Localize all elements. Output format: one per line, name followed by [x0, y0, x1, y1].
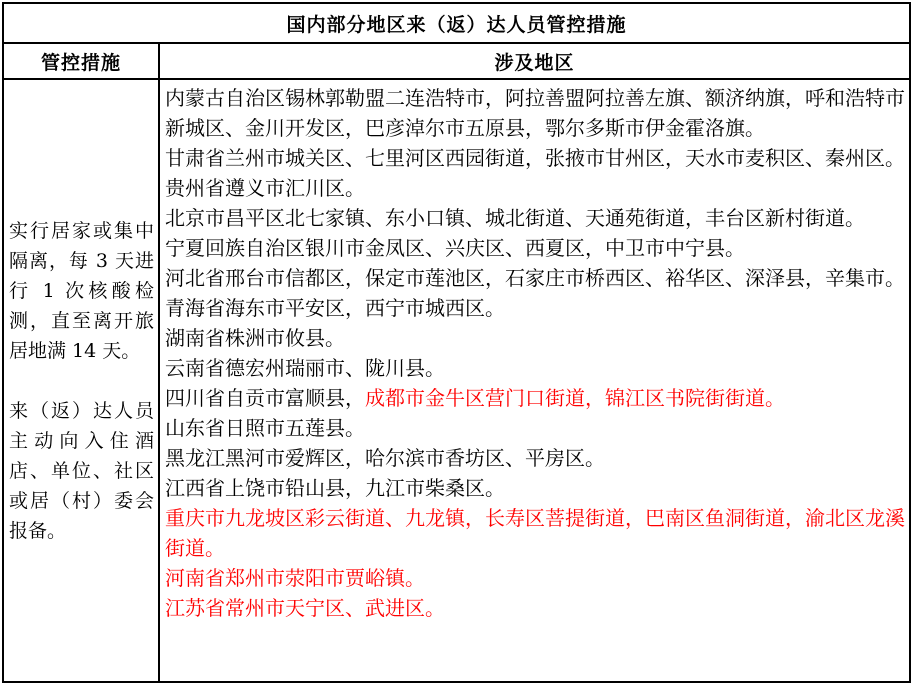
- highlighted-region-text: 江苏省常州市天宁区、武进区。: [165, 596, 445, 620]
- region-entry: 宁夏回族自治区银川市金凤区、兴庆区、西夏区，中卫市中宁县。: [165, 233, 905, 263]
- header-measure: 管控措施: [4, 44, 160, 78]
- region-entry: 湖南省株洲市攸县。: [165, 323, 905, 353]
- region-entry: 云南省德宏州瑞丽市、陇川县。: [165, 353, 905, 383]
- region-text: 山东省日照市五莲县。: [165, 416, 365, 440]
- highlighted-region-text: 重庆市九龙坡区彩云街道、九龙镇，长寿区菩提街道，巴南区鱼洞街道，渝北区龙溪街道。: [165, 506, 905, 560]
- measure-paragraph: 来（返）达人员主动向入住酒店、单位、社区或居（村）委会报备。: [9, 396, 154, 546]
- region-text: 贵州省遵义市汇川区。: [165, 176, 365, 200]
- region-entry: 河南省郑州市荥阳市贾峪镇。: [165, 563, 905, 593]
- measure-cell: 实行居家或集中隔离，每 3 天进行 1 次核酸检测，直至离开旅居地满 14 天。…: [4, 80, 160, 681]
- region-entry: 内蒙古自治区锡林郭勒盟二连浩特市，阿拉善盟阿拉善左旗、额济纳旗，呼和浩特市新城区…: [165, 83, 905, 143]
- region-text: 湖南省株洲市攸县。: [165, 326, 345, 350]
- region-text: 江西省上饶市铅山县，九江市柴桑区。: [165, 476, 505, 500]
- region-text: 宁夏回族自治区银川市金凤区、兴庆区、西夏区，中卫市中宁县。: [165, 236, 745, 260]
- control-measures-table: 国内部分地区来（返）达人员管控措施 管控措施 涉及地区 实行居家或集中隔离，每 …: [2, 2, 911, 683]
- region-entry: 甘肃省兰州市城关区、七里河区西园街道，张掖市甘州区，天水市麦积区、秦州区。: [165, 143, 905, 173]
- region-text: 黑龙江黑河市爱辉区，哈尔滨市香坊区、平房区。: [165, 446, 605, 470]
- measure-paragraph: 实行居家或集中隔离，每 3 天进行 1 次核酸检测，直至离开旅居地满 14 天。: [9, 216, 154, 366]
- region-entry: 北京市昌平区北七家镇、东小口镇、城北街道、天通苑街道，丰台区新村街道。: [165, 203, 905, 233]
- highlighted-region-text: 成都市金牛区营门口街道，锦江区书院街街道。: [365, 386, 785, 410]
- region-entry: 黑龙江黑河市爱辉区，哈尔滨市香坊区、平房区。: [165, 443, 905, 473]
- region-entry: 江西省上饶市铅山县，九江市柴桑区。: [165, 473, 905, 503]
- region-entry: 青海省海东市平安区，西宁市城西区。: [165, 293, 905, 323]
- highlighted-region-text: 河南省郑州市荥阳市贾峪镇。: [165, 566, 425, 590]
- region-entry: 重庆市九龙坡区彩云街道、九龙镇，长寿区菩提街道，巴南区鱼洞街道，渝北区龙溪街道。: [165, 503, 905, 563]
- region-entry: 江苏省常州市天宁区、武进区。: [165, 593, 905, 623]
- regions-list: 内蒙古自治区锡林郭勒盟二连浩特市，阿拉善盟阿拉善左旗、额济纳旗，呼和浩特市新城区…: [160, 80, 909, 681]
- region-text: 青海省海东市平安区，西宁市城西区。: [165, 296, 505, 320]
- region-entry: 贵州省遵义市汇川区。: [165, 173, 905, 203]
- region-text: 内蒙古自治区锡林郭勒盟二连浩特市，阿拉善盟阿拉善左旗、额济纳旗，呼和浩特市新城区…: [165, 86, 905, 140]
- table-title: 国内部分地区来（返）达人员管控措施: [4, 4, 909, 44]
- region-text: 云南省德宏州瑞丽市、陇川县。: [165, 356, 445, 380]
- region-entry: 河北省邢台市信都区，保定市莲池区，石家庄市桥西区、裕华区、深泽县，辛集市。: [165, 263, 905, 293]
- region-text: 甘肃省兰州市城关区、七里河区西园街道，张掖市甘州区，天水市麦积区、秦州区。: [165, 146, 905, 170]
- header-regions: 涉及地区: [160, 44, 909, 78]
- region-text: 四川省自贡市富顺县，: [165, 386, 365, 410]
- region-text: 北京市昌平区北七家镇、东小口镇、城北街道、天通苑街道，丰台区新村街道。: [165, 206, 865, 230]
- table-header-row: 管控措施 涉及地区: [4, 44, 909, 80]
- table-body-row: 实行居家或集中隔离，每 3 天进行 1 次核酸检测，直至离开旅居地满 14 天。…: [4, 80, 909, 681]
- region-entry: 山东省日照市五莲县。: [165, 413, 905, 443]
- region-text: 河北省邢台市信都区，保定市莲池区，石家庄市桥西区、裕华区、深泽县，辛集市。: [165, 266, 905, 290]
- region-entry: 四川省自贡市富顺县，成都市金牛区营门口街道，锦江区书院街街道。: [165, 383, 905, 413]
